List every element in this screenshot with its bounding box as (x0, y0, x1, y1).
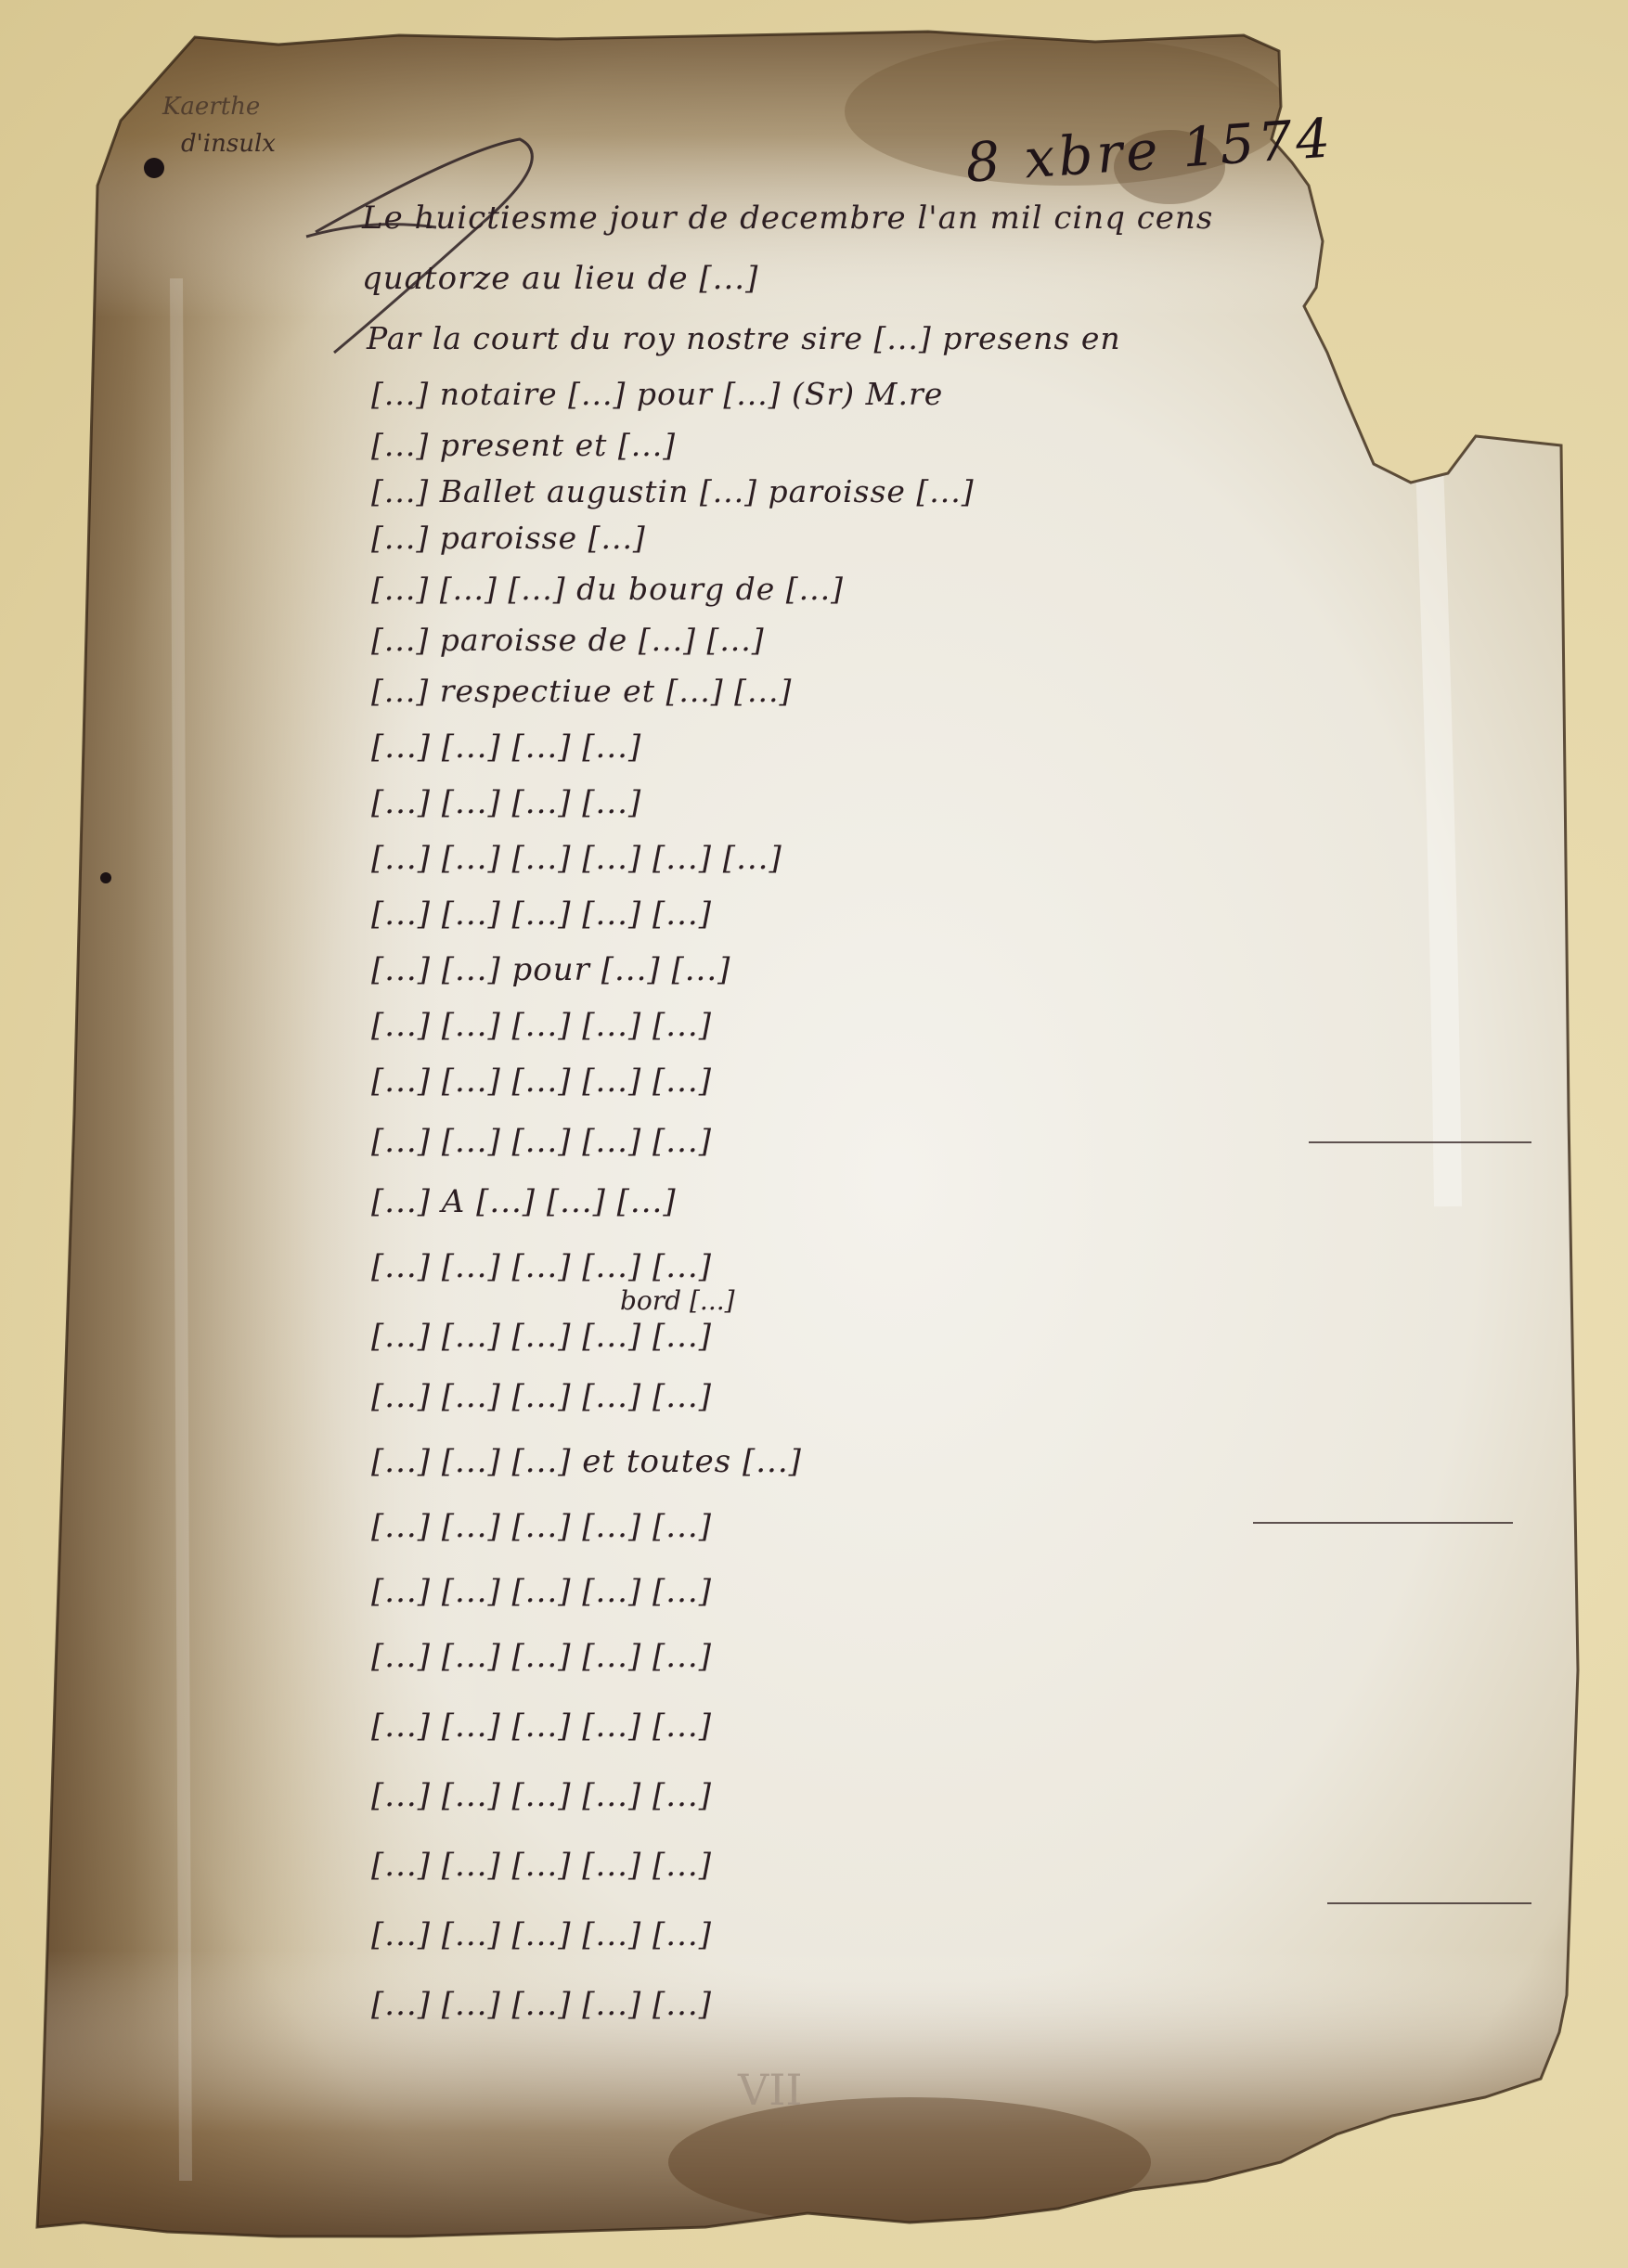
text-line-26: [...] [...] [...] [...] [...] (371, 1638, 712, 1675)
text-line-29: [...] [...] [...] [...] [...] (371, 1847, 712, 1884)
text-line-28: [...] [...] [...] [...] [...] (371, 1777, 712, 1814)
text-line-12: [...] [...] [...] [...] (371, 784, 641, 821)
margin-note-line2: d'insulx (181, 130, 276, 158)
text-line-17: [...] [...] [...] [...] [...] (371, 1063, 712, 1100)
text-line-21: [...] [...] [...] [...] [...] (371, 1318, 712, 1355)
text-line-13: [...] [...] [...] [...] [...] [...] (371, 840, 782, 877)
text-line-1: Le huictiesme jour de decembre l'an mil … (362, 200, 1213, 237)
line-filler-stroke (1253, 1522, 1513, 1524)
text-line-2: quatorze au lieu de [...] (362, 260, 758, 297)
text-line-14: [...] [...] [...] [...] [...] (371, 896, 712, 933)
text-line-5: [...] present et [...] (371, 427, 676, 463)
text-line-4: [...] notaire [...] pour [...] (Sr) M.re (371, 376, 943, 412)
line-filler-stroke (1327, 1902, 1531, 1904)
text-line-18: [...] [...] [...] [...] [...] (371, 1123, 712, 1160)
binding-hole (144, 158, 164, 178)
ink-spot (100, 872, 111, 883)
text-line-22: [...] [...] [...] [...] [...] (371, 1378, 712, 1415)
text-line-31: [...] [...] [...] [...] [...] (371, 1986, 712, 2023)
foliation-mark: VII (738, 2065, 803, 2115)
text-line-3: Par la court du roy nostre sire [...] pr… (367, 320, 1121, 356)
margin-note-line1: Kaerthe (162, 93, 260, 121)
manuscript-sheet: Kaerthe d'insulx 8 xbre 1574 Le huicties… (0, 0, 1628, 2268)
text-line-8: [...] [...] [...] du bourg de [...] (371, 571, 844, 607)
text-line-27: [...] [...] [...] [...] [...] (371, 1707, 712, 1745)
text-line-23: [...] [...] [...] et toutes [...] (371, 1443, 802, 1480)
text-line-16: [...] [...] [...] [...] [...] (371, 1007, 712, 1044)
text-line-19: [...] A [...] [...] [...] (371, 1183, 677, 1220)
text-line-25: [...] [...] [...] [...] [...] (371, 1573, 712, 1610)
text-line-9: [...] paroisse de [...] [...] (371, 622, 765, 658)
text-line-11: [...] [...] [...] [...] (371, 728, 641, 766)
text-line-30: [...] [...] [...] [...] [...] (371, 1916, 712, 1953)
text-line-20: [...] [...] [...] [...] [...] (371, 1248, 712, 1285)
text-line-7: [...] paroisse [...] (371, 520, 646, 556)
text-line-10: [...] respectiue et [...] [...] (371, 673, 792, 709)
text-line-24: [...] [...] [...] [...] [...] (371, 1508, 712, 1545)
interlinear-insertion: bord [...] (620, 1285, 735, 1316)
text-line-6: [...] Ballet augustin [...] paroisse [..… (371, 473, 975, 509)
text-line-15: [...] [...] pour [...] [...] (371, 951, 730, 988)
line-filler-stroke (1309, 1141, 1531, 1143)
